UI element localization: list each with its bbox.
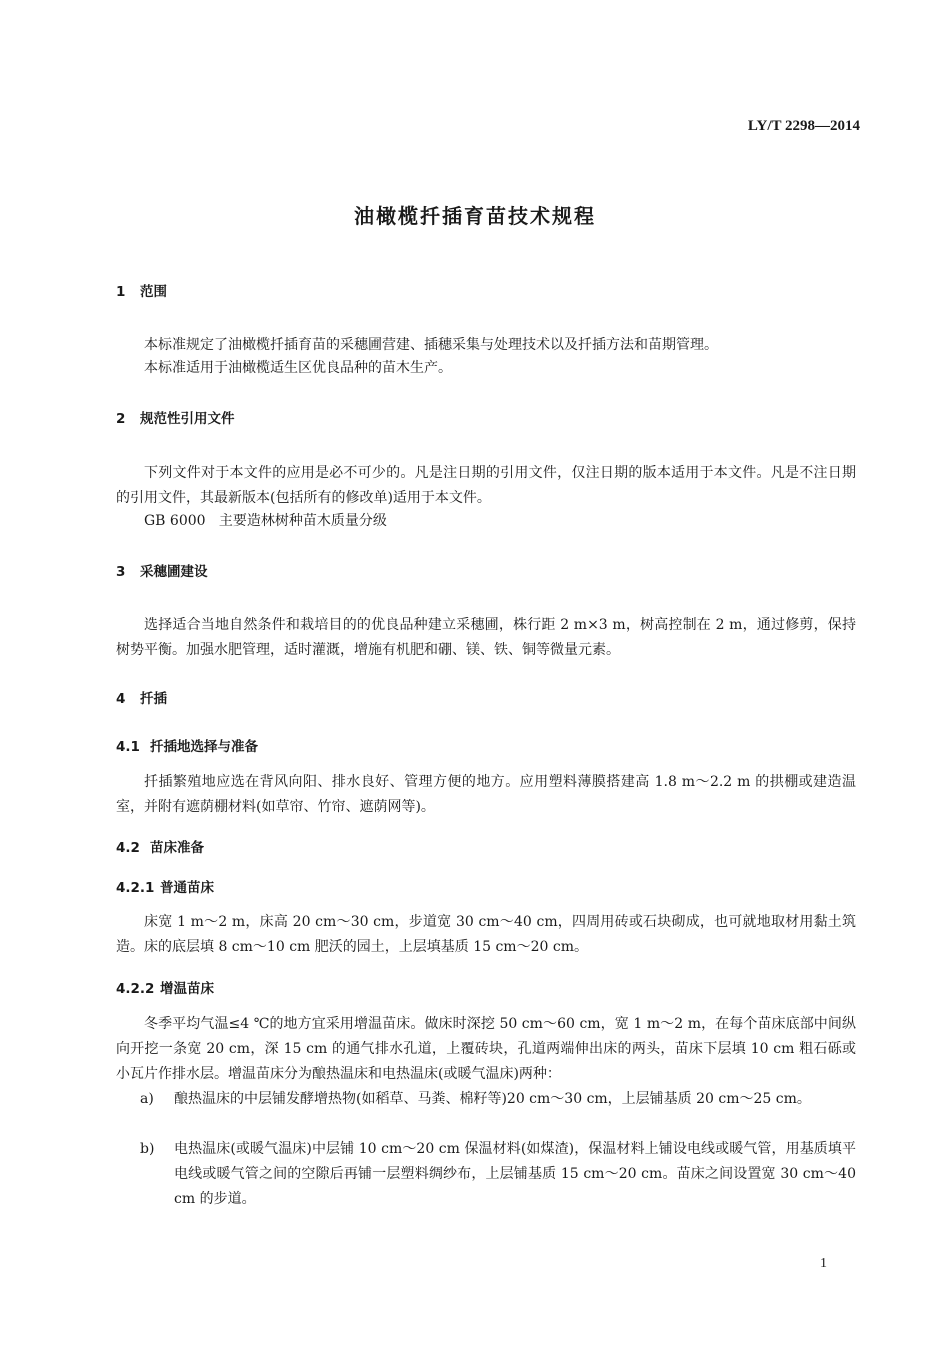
section-title: 扦插 xyxy=(140,691,167,707)
list-marker: a) xyxy=(140,1087,170,1112)
section-4-2-1-paragraph-1: 床宽 1 m～2 m，床高 20 cm～30 cm，步道宽 30 cm～40 c… xyxy=(116,910,856,960)
list-marker: b) xyxy=(140,1137,170,1162)
section-4-2-1-heading: 4.2.1普通苗床 xyxy=(116,876,214,896)
section-4-2-2-paragraph-1: 冬季平均气温≤4 ℃的地方宜采用增温苗床。做床时深挖 50 cm～60 cm，宽… xyxy=(116,1012,856,1087)
section-number: 4.1 xyxy=(116,739,150,755)
reference-code: GB 6000 xyxy=(144,513,206,529)
section-title: 增温苗床 xyxy=(160,981,214,997)
list-item-b: b) 电热温床(或暖气温床)中层铺 10 cm～20 cm 保温材料(如煤渣)，… xyxy=(140,1137,856,1212)
section-3-paragraph-1: 选择适合当地自然条件和栽培目的的优良品种建立采穗圃，株行距 2 m×3 m，树高… xyxy=(116,613,856,663)
section-number: 3 xyxy=(116,564,140,580)
section-1-paragraph-1: 本标准规定了油橄榄扦插育苗的采穗圃营建、插穗采集与处理技术以及扦插方法和苗期管理… xyxy=(116,333,856,358)
list-item-text: 酿热温床的中层铺发酵增热物(如稻草、马粪、棉籽等)20 cm～30 cm，上层铺… xyxy=(174,1087,856,1112)
section-number: 4.2.2 xyxy=(116,981,160,997)
list-item-text: 电热温床(或暖气温床)中层铺 10 cm～20 cm 保温材料(如煤渣)，保温材… xyxy=(174,1137,856,1212)
section-number: 4.2.1 xyxy=(116,880,160,896)
reference-title: 主要造林树种苗木质量分级 xyxy=(219,513,387,529)
normative-reference: GB 6000 主要造林树种苗木质量分级 xyxy=(144,510,387,530)
section-1-heading: 1范围 xyxy=(116,280,167,300)
standard-code: LY/T 2298—2014 xyxy=(700,118,860,135)
section-2-paragraph-1: 下列文件对于本文件的应用是必不可少的。凡是注日期的引用文件，仅注日期的版本适用于… xyxy=(116,461,856,511)
section-title: 范围 xyxy=(140,284,167,300)
section-title: 采穗圃建设 xyxy=(140,564,208,580)
document-title: 油橄榄扦插育苗技术规程 xyxy=(0,200,950,229)
section-number: 4 xyxy=(116,691,140,707)
section-4-heading: 4扦插 xyxy=(116,687,167,707)
section-4-1-paragraph-1: 扦插繁殖地应选在背风向阳、排水良好、管理方便的地方。应用塑料薄膜搭建高 1.8 … xyxy=(116,770,856,820)
section-1-paragraph-2: 本标准适用于油橄榄适生区优良品种的苗木生产。 xyxy=(116,356,856,381)
section-title: 苗床准备 xyxy=(150,840,204,856)
list-item-a: a) 酿热温床的中层铺发酵增热物(如稻草、马粪、棉籽等)20 cm～30 cm，… xyxy=(140,1087,856,1112)
section-title: 扦插地选择与准备 xyxy=(150,739,258,755)
section-4-2-heading: 4.2苗床准备 xyxy=(116,836,204,856)
section-2-heading: 2规范性引用文件 xyxy=(116,407,235,427)
section-title: 规范性引用文件 xyxy=(140,411,235,427)
page-number: 1 xyxy=(820,1256,827,1272)
section-4-2-2-heading: 4.2.2增温苗床 xyxy=(116,977,214,997)
section-4-1-heading: 4.1扦插地选择与准备 xyxy=(116,735,258,755)
section-number: 2 xyxy=(116,411,140,427)
section-3-heading: 3采穗圃建设 xyxy=(116,560,208,580)
section-number: 4.2 xyxy=(116,840,150,856)
section-title: 普通苗床 xyxy=(160,880,214,896)
section-number: 1 xyxy=(116,284,140,300)
